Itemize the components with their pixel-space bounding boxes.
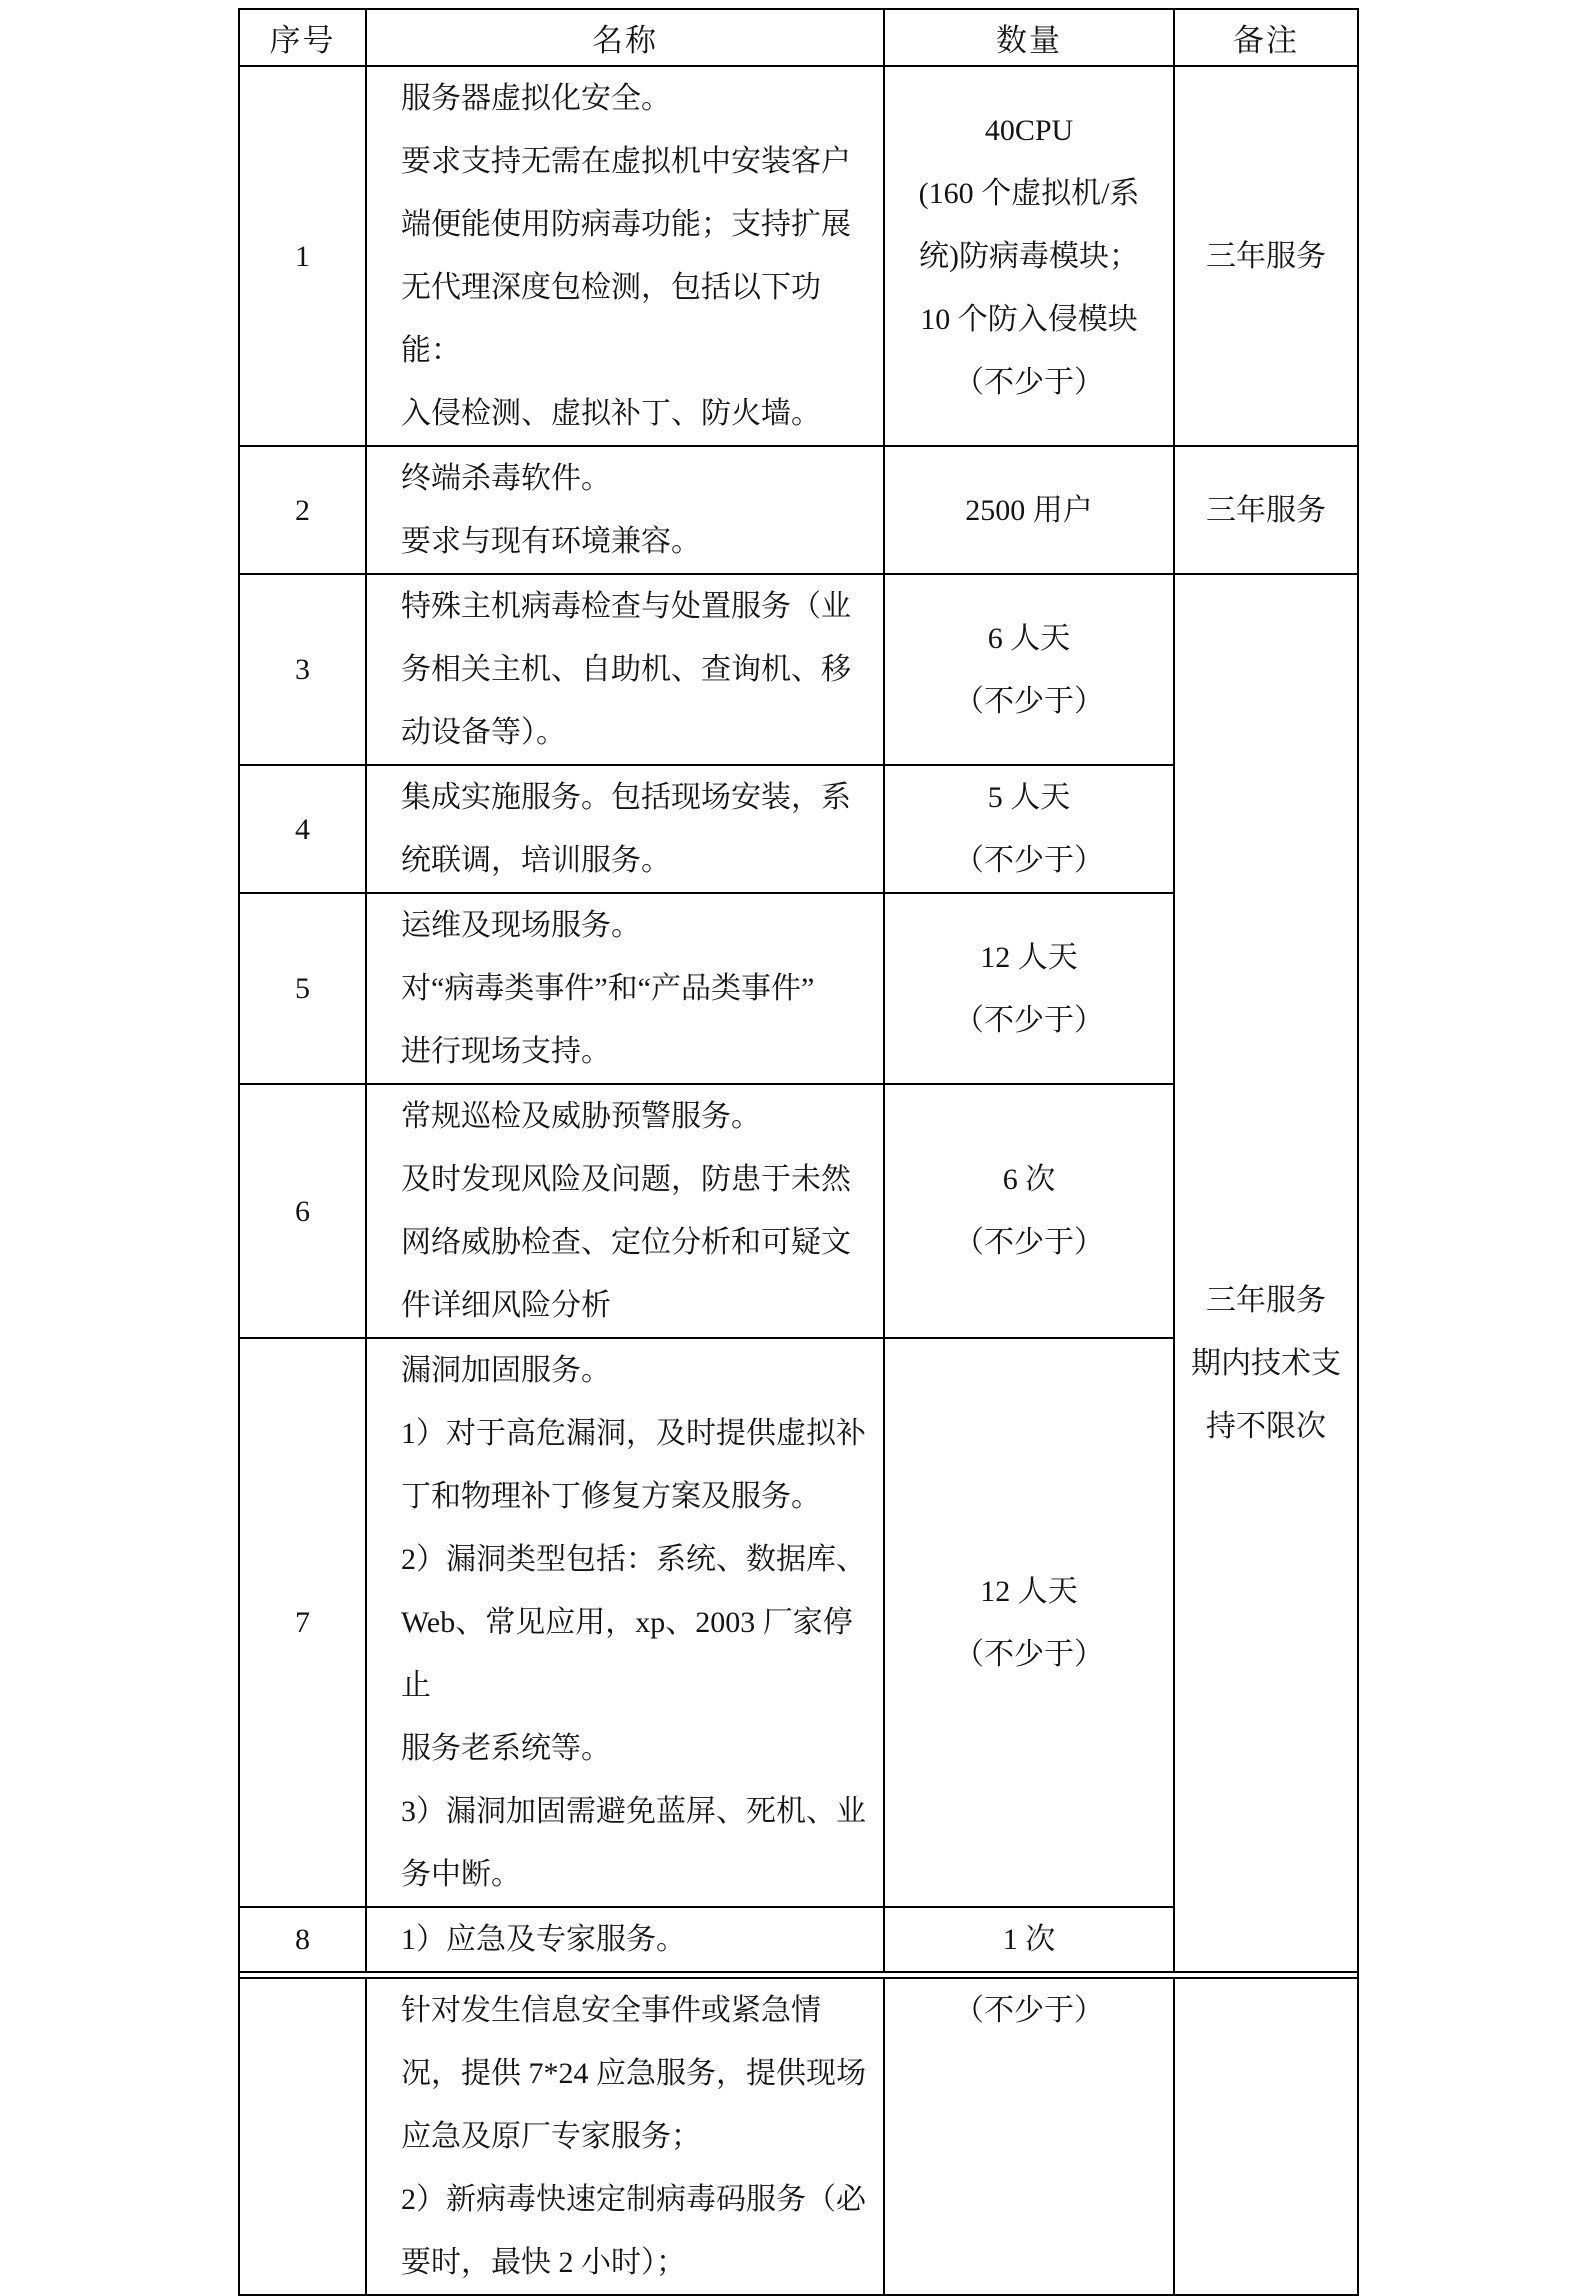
header-col-remark: 备注 [1174, 9, 1358, 66]
row-name-cell: 1）应急及专家服务。 [366, 1907, 884, 1972]
row-qty-cell: 6 人天 （不少于） [884, 574, 1174, 765]
row-remark-cell [1174, 1978, 1358, 2295]
merged-remark-cell: 三年服务 期内技术支 持不限次 [1174, 574, 1358, 1972]
table-row: 2 终端杀毒软件。 要求与现有环境兼容。 2500 用户 三年服务 [239, 446, 1358, 574]
row-no-cell: 5 [239, 893, 366, 1084]
row-no-cell [239, 1978, 366, 2295]
row-qty-cell: 12 人天 （不少于） [884, 1338, 1174, 1907]
row-name-cell: 终端杀毒软件。 要求与现有环境兼容。 [366, 446, 884, 574]
row-qty-cell: 12 人天 （不少于） [884, 893, 1174, 1084]
row-qty-cell: （不少于） [884, 1978, 1174, 2295]
row-no-cell: 8 [239, 1907, 366, 1972]
header-col-no: 序号 [239, 9, 366, 66]
row-qty-cell: 1 次 [884, 1907, 1174, 1972]
row-name-cell: 服务器虚拟化安全。 要求支持无需在虚拟机中安装客户 端便能使用防病毒功能；支持扩… [366, 66, 884, 446]
procurement-table: 序号 名称 数量 备注 1 服务器虚拟化安全。 要求支持无需在虚拟机中安装客户 … [238, 8, 1359, 2296]
table-header-row: 序号 名称 数量 备注 [239, 9, 1358, 66]
row-remark-cell: 三年服务 [1174, 66, 1358, 446]
row-no-cell: 2 [239, 446, 366, 574]
row-name-cell: 针对发生信息安全事件或紧急情 况，提供 7*24 应急服务，提供现场 应急及原厂… [366, 1978, 884, 2295]
row-qty-cell: 2500 用户 [884, 446, 1174, 574]
table-row: 3 特殊主机病毒检查与处置服务（业 务相关主机、自助机、查询机、移 动设备等）。… [239, 574, 1358, 765]
row-name-cell: 集成实施服务。包括现场安装，系 统联调，培训服务。 [366, 765, 884, 893]
header-col-name: 名称 [366, 9, 884, 66]
row-name-cell: 特殊主机病毒检查与处置服务（业 务相关主机、自助机、查询机、移 动设备等）。 [366, 574, 884, 765]
row-no-cell: 3 [239, 574, 366, 765]
row-no-cell: 7 [239, 1338, 366, 1907]
row-name-cell: 常规巡检及威胁预警服务。 及时发现风险及问题，防患于未然 网络威胁检查、定位分析… [366, 1084, 884, 1338]
row-remark-cell: 三年服务 [1174, 446, 1358, 574]
header-col-qty: 数量 [884, 9, 1174, 66]
table-row-continued: 针对发生信息安全事件或紧急情 况，提供 7*24 应急服务，提供现场 应急及原厂… [239, 1978, 1358, 2295]
row-no-cell: 4 [239, 765, 366, 893]
row-qty-cell: 5 人天 （不少于） [884, 765, 1174, 893]
row-name-cell: 漏洞加固服务。 1）对于高危漏洞，及时提供虚拟补 丁和物理补丁修复方案及服务。 … [366, 1338, 884, 1907]
row-no-cell: 1 [239, 66, 366, 446]
row-qty-cell: 6 次 （不少于） [884, 1084, 1174, 1338]
row-name-cell: 运维及现场服务。 对“病毒类事件”和“产品类事件” 进行现场支持。 [366, 893, 884, 1084]
table-row: 1 服务器虚拟化安全。 要求支持无需在虚拟机中安装客户 端便能使用防病毒功能；支… [239, 66, 1358, 446]
row-no-cell: 6 [239, 1084, 366, 1338]
row-qty-cell: 40CPU (160 个虚拟机/系 统)防病毒模块； 10 个防入侵模块 （不少… [884, 66, 1174, 446]
